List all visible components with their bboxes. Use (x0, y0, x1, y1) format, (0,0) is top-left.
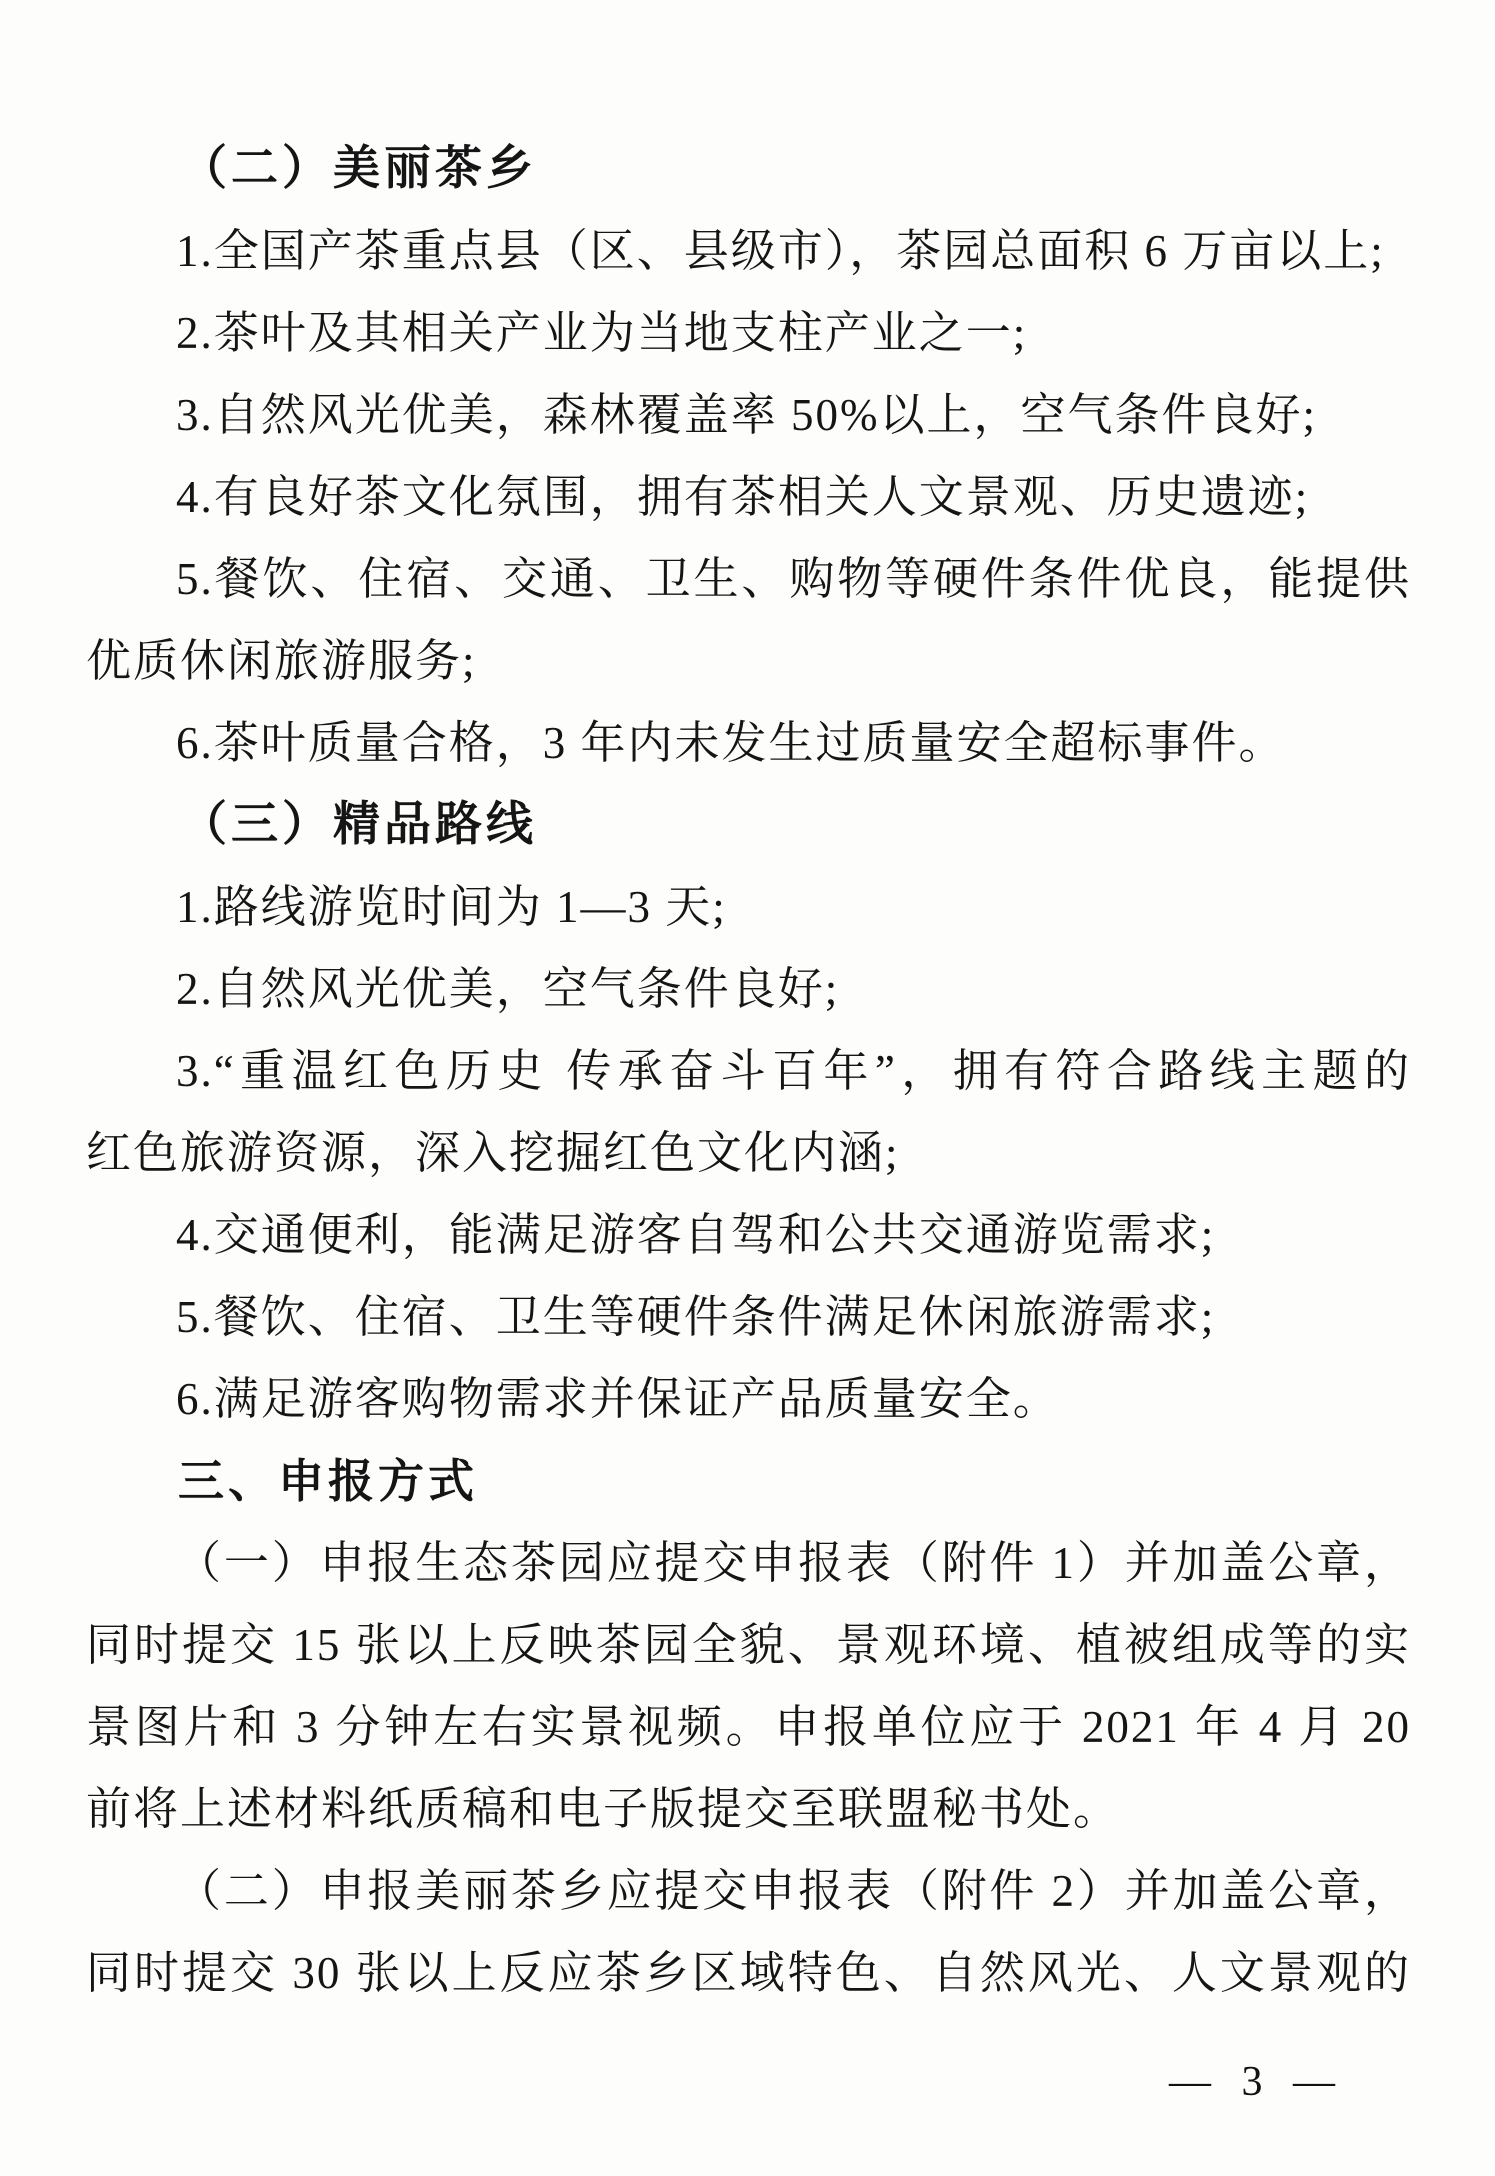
list-item: 5.餐饮、住宿、卫生等硬件条件满足休闲旅游需求; (86, 1276, 1411, 1358)
list-item-continuation-line: 红色旅游资源，深入挖掘红色文化内涵; (86, 1112, 1411, 1194)
list-item-wrapped-first-line: 5.餐饮、住宿、交通、卫生、购物等硬件条件优良，能提供 (86, 538, 1411, 620)
section-heading-premium-routes: （三）精品路线 (86, 784, 1411, 866)
list-item: 6.满足游客购物需求并保证产品质量安全。 (86, 1358, 1411, 1440)
document-body: （二）美丽茶乡 1.全国产茶重点县（区、县级市），茶园总面积 6 万亩以上; 2… (86, 128, 1411, 2014)
section-heading-application-method: 三、申报方式 (86, 1440, 1411, 1522)
paragraph-wrapped-first-line: （二）申报美丽茶乡应提交申报表（附件 2）并加盖公章， (86, 1850, 1411, 1932)
paragraph-continuation-line: 同时提交 30 张以上反应茶乡区域特色、自然风光、人文景观的 (86, 1932, 1411, 2014)
page-number: — 3 — (1169, 2052, 1345, 2112)
list-item: 1.全国产茶重点县（区、县级市），茶园总面积 6 万亩以上; (86, 210, 1411, 292)
list-item: 1.路线游览时间为 1—3 天; (86, 866, 1411, 948)
scanned-document-page: （二）美丽茶乡 1.全国产茶重点县（区、县级市），茶园总面积 6 万亩以上; 2… (0, 0, 1495, 2176)
list-item: 4.有良好茶文化氛围，拥有茶相关人文景观、历史遗迹; (86, 456, 1411, 538)
paragraph-continuation-line: 景图片和 3 分钟左右实景视频。申报单位应于 2021 年 4 月 20 日 (86, 1686, 1411, 1768)
list-item-continuation-line: 优质休闲旅游服务; (86, 620, 1411, 702)
list-item: 2.自然风光优美，空气条件良好; (86, 948, 1411, 1030)
list-item: 4.交通便利，能满足游客自驾和公共交通游览需求; (86, 1194, 1411, 1276)
list-item-wrapped-first-line: 3.“重温红色历史 传承奋斗百年”，拥有符合路线主题的 (86, 1030, 1411, 1112)
list-item: 2.茶叶及其相关产业为当地支柱产业之一; (86, 292, 1411, 374)
paragraph-wrapped-first-line: （一）申报生态茶园应提交申报表（附件 1）并加盖公章， (86, 1522, 1411, 1604)
list-item: 3.自然风光优美，森林覆盖率 50%以上，空气条件良好; (86, 374, 1411, 456)
paragraph-continuation-line: 同时提交 15 张以上反映茶园全貌、景观环境、植被组成等的实 (86, 1604, 1411, 1686)
paragraph-continuation-line: 前将上述材料纸质稿和电子版提交至联盟秘书处。 (86, 1768, 1411, 1850)
list-item: 6.茶叶质量合格，3 年内未发生过质量安全超标事件。 (86, 702, 1411, 784)
section-heading-beautiful-tea-town: （二）美丽茶乡 (86, 128, 1411, 210)
